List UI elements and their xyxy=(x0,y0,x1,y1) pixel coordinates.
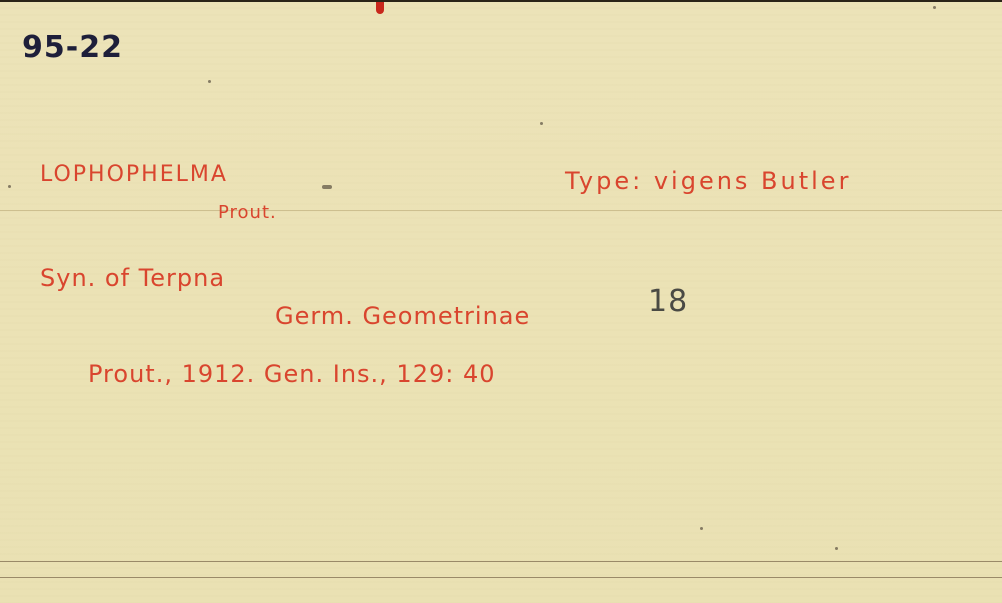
speck xyxy=(8,185,11,188)
card-bottom-rule-2 xyxy=(0,577,1002,578)
accession-number: 95-22 xyxy=(22,30,123,65)
card-guideline xyxy=(0,210,1002,211)
ink-smudge xyxy=(322,185,332,189)
speck xyxy=(933,6,936,9)
speck xyxy=(835,547,838,550)
speck xyxy=(700,527,703,530)
synonymy: Syn. of Terpna xyxy=(40,264,225,292)
genus-author: Prout. xyxy=(218,202,277,223)
type-species: Type: vigens Butler xyxy=(565,167,851,195)
red-tab-marker xyxy=(376,2,384,14)
speck xyxy=(540,122,543,125)
card-bottom-rule xyxy=(0,561,1002,562)
speck xyxy=(208,80,211,83)
classification-number: 18 xyxy=(648,284,688,319)
index-card: 95-22 LOPHOPHELMA Prout. Type: vigens Bu… xyxy=(0,0,1002,603)
bibliographic-reference: Prout., 1912. Gen. Ins., 129: 40 xyxy=(88,360,496,388)
classification: Germ. Geometrinae xyxy=(275,302,530,330)
genus-name: LOPHOPHELMA xyxy=(40,162,228,187)
